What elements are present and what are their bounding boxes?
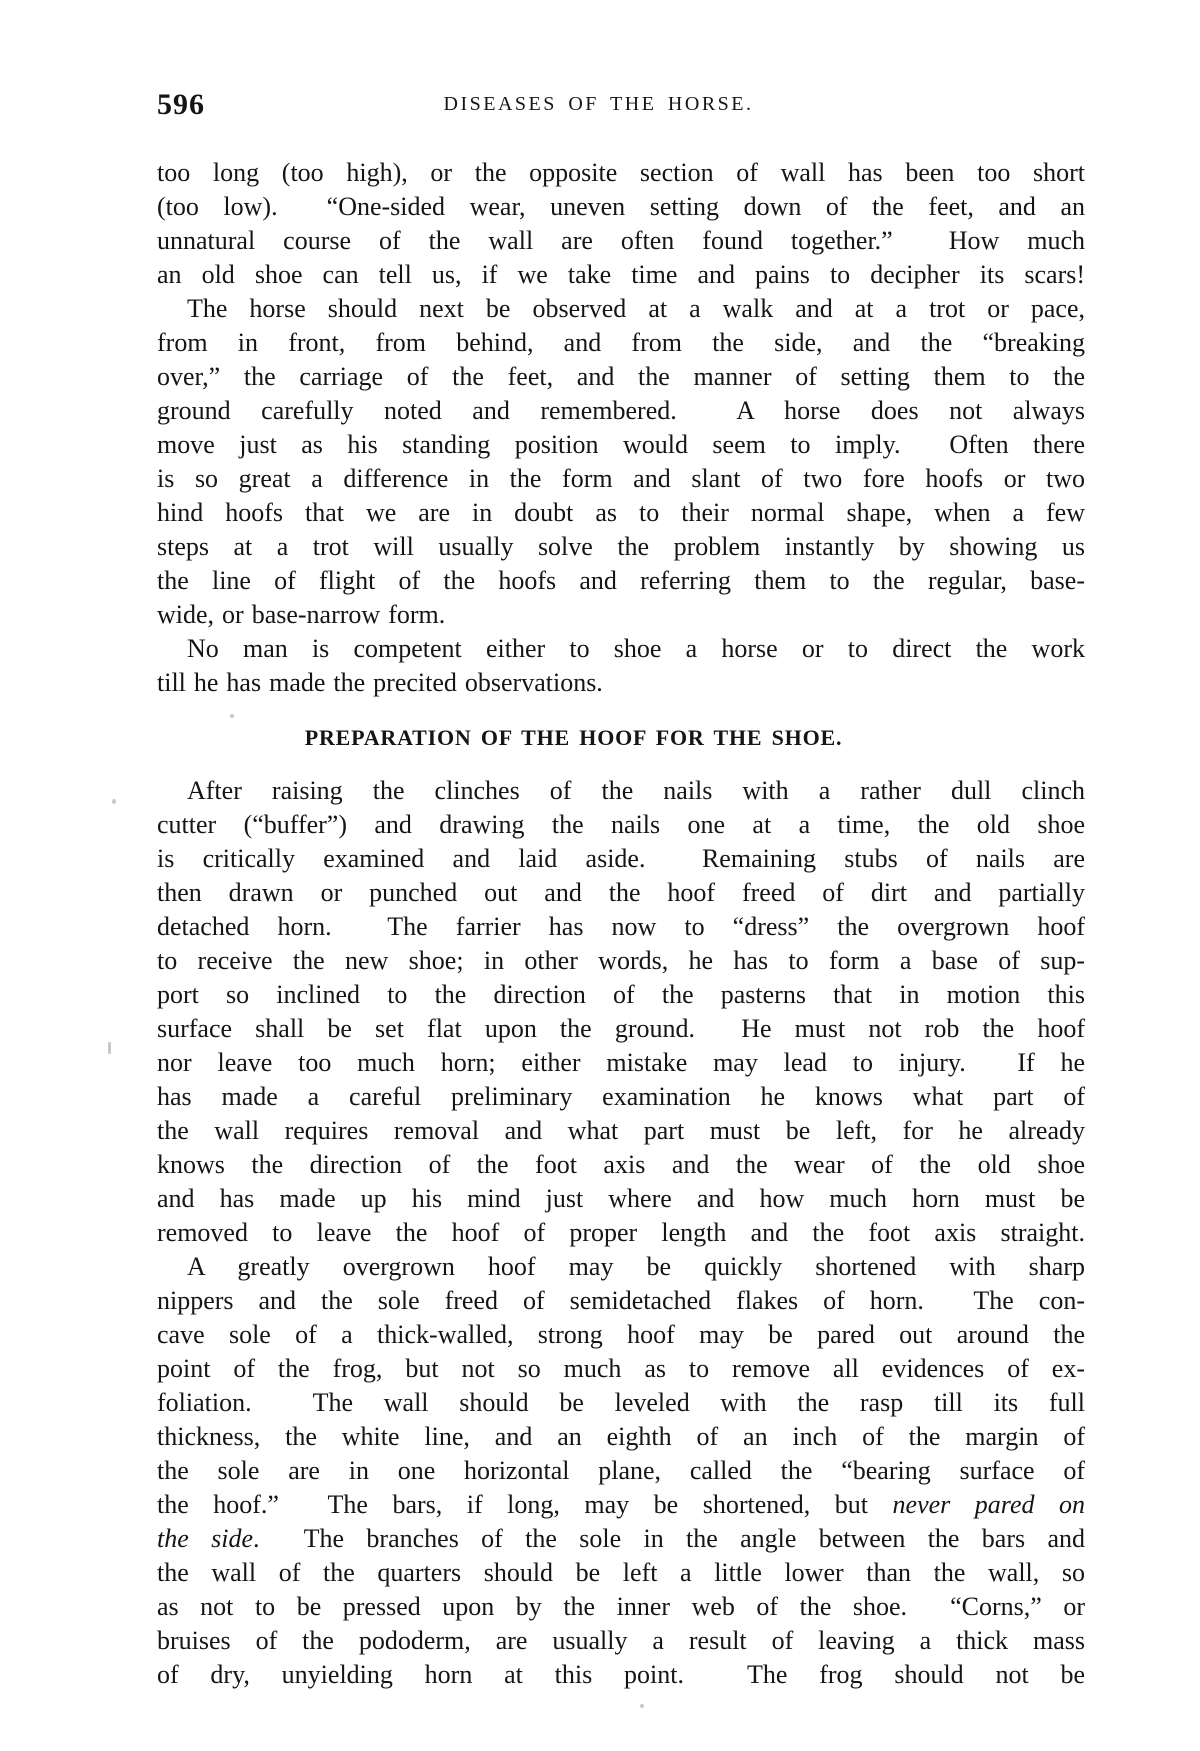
text-line: surface shall be set flat upon the groun… — [157, 1012, 1085, 1046]
text-line: an old shoe can tell us, if we take time… — [157, 258, 1085, 292]
text-line: thickness, the white line, and an eighth… — [157, 1420, 1085, 1454]
running-head: 596 DISEASES OF THE HORSE. — [157, 88, 1085, 124]
text-line: port so inclined to the direction of the… — [157, 978, 1085, 1012]
text-line: cave sole of a thick-walled, strong hoof… — [157, 1318, 1085, 1352]
text-line: foliation. The wall should be leveled wi… — [157, 1386, 1085, 1420]
text-line: hind hoofs that we are in doubt as to th… — [157, 496, 1085, 530]
body-text: too long (too high), or the opposite sec… — [157, 156, 1085, 1692]
text-line: over,” the carriage of the feet, and the… — [157, 360, 1085, 394]
text-line: too long (too high), or the opposite sec… — [157, 156, 1085, 190]
text-line: the sole are in one horizontal plane, ca… — [157, 1454, 1085, 1488]
text-line: knows the direction of the foot axis and… — [157, 1148, 1085, 1182]
body-block-top: too long (too high), or the opposite sec… — [157, 156, 1085, 700]
text-line: is so great a difference in the form and… — [157, 462, 1085, 496]
text-line: nippers and the sole freed of semidetach… — [157, 1284, 1085, 1318]
text-line: move just as his standing position would… — [157, 428, 1085, 462]
text-line: the wall of the quarters should be left … — [157, 1556, 1085, 1590]
text-line: (too low). “One-sided wear, uneven setti… — [157, 190, 1085, 224]
text-line: to receive the new shoe; in other words,… — [157, 944, 1085, 978]
text-line: till he has made the precited observatio… — [157, 666, 1085, 700]
scan-speck — [640, 1704, 644, 1708]
text-line: the hoof.” The bars, if long, may be sho… — [157, 1488, 1085, 1522]
text-line: steps at a trot will usually solve the p… — [157, 530, 1085, 564]
text-line: has made a careful preliminary examinati… — [157, 1080, 1085, 1114]
text-line: of dry, unyielding horn at this point. T… — [157, 1658, 1085, 1692]
text-line: A greatly overgrown hoof may be quickly … — [157, 1250, 1085, 1284]
scan-speck — [230, 714, 234, 718]
scan-speck — [112, 799, 116, 804]
scan-speck — [936, 1572, 939, 1575]
text-line: is critically examined and laid aside. R… — [157, 842, 1085, 876]
text-line: The horse should next be observed at a w… — [157, 292, 1085, 326]
text-line: After raising the clinches of the nails … — [157, 774, 1085, 808]
text-line: as not to be pressed upon by the inner w… — [157, 1590, 1085, 1624]
text-line: cutter (“buffer”) and drawing the nails … — [157, 808, 1085, 842]
text-line: the side. The branches of the sole in th… — [157, 1522, 1085, 1556]
text-line: and has made up his mind just where and … — [157, 1182, 1085, 1216]
scan-speck — [108, 1042, 111, 1054]
text-line: the line of flight of the hoofs and refe… — [157, 564, 1085, 598]
running-title: DISEASES OF THE HORSE. — [444, 93, 754, 115]
text-line: No man is competent either to shoe a hor… — [157, 632, 1085, 666]
text-line: wide, or base-narrow form. — [157, 598, 1085, 632]
section-heading: PREPARATION OF THE HOOF FOR THE SHOE. — [157, 721, 1085, 755]
text-line: bruises of the pododerm, are usually a r… — [157, 1624, 1085, 1658]
text-line: removed to leave the hoof of proper leng… — [157, 1216, 1085, 1250]
text-line: then drawn or punched out and the hoof f… — [157, 876, 1085, 910]
text-line: nor leave too much horn; either mistake … — [157, 1046, 1085, 1080]
text-line: from in front, from behind, and from the… — [157, 326, 1085, 360]
text-line: unnatural course of the wall are often f… — [157, 224, 1085, 258]
book-page: 596 DISEASES OF THE HORSE. too long (too… — [0, 0, 1200, 1751]
text-line: the wall requires removal and what part … — [157, 1114, 1085, 1148]
text-line: ground carefully noted and remembered. A… — [157, 394, 1085, 428]
body-block-bottom: After raising the clinches of the nails … — [157, 774, 1085, 1692]
text-line: detached horn. The farrier has now to “d… — [157, 910, 1085, 944]
text-line: point of the frog, but not so much as to… — [157, 1352, 1085, 1386]
running-title-wrap: DISEASES OF THE HORSE. — [157, 93, 1085, 116]
